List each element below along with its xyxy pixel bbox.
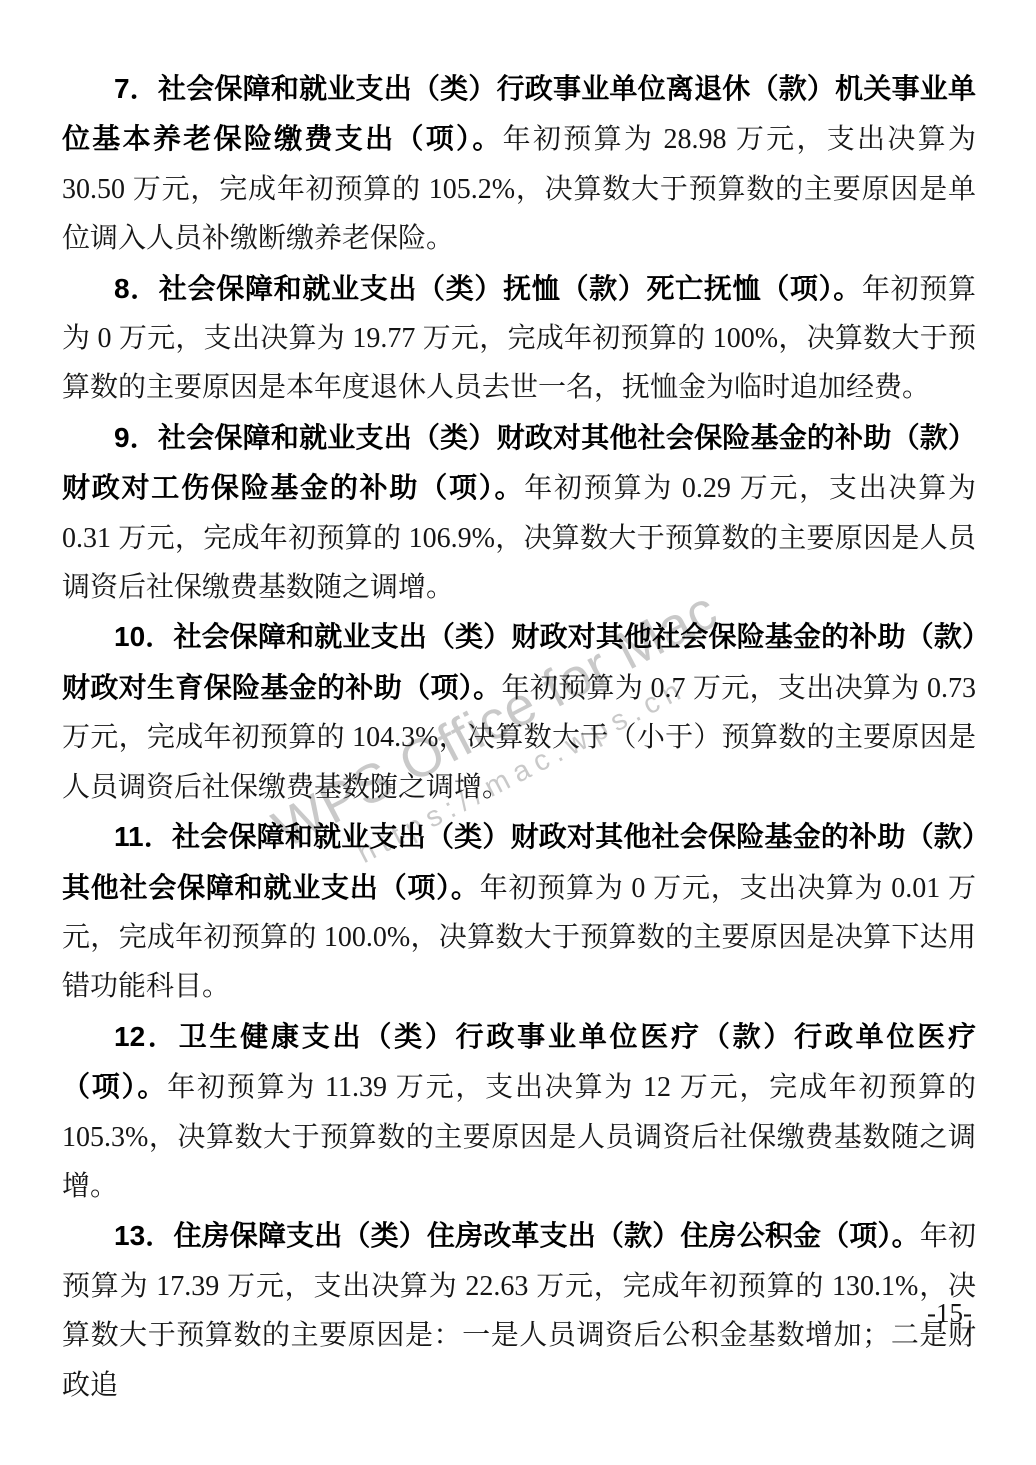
paragraph-8: 8．社会保障和就业支出（类）抚恤（款）死亡抚恤（项）。年初预算为 0 万元，支出… [62, 264, 976, 413]
document-body: 7．社会保障和就业支出（类）行政事业单位离退休（款）机关事业单位基本养老保险缴费… [62, 64, 976, 1410]
paragraph-12: 12．卫生健康支出（类）行政事业单位医疗（款）行政单位医疗（项）。年初预算为 1… [62, 1012, 976, 1212]
page-number: -15- [927, 1297, 972, 1329]
paragraph-13-lead: 13．住房保障支出（类）住房改革支出（款）住房公积金（项）。 [114, 1220, 920, 1251]
paragraph-8-lead: 8．社会保障和就业支出（类）抚恤（款）死亡抚恤（项）。 [114, 273, 862, 304]
paragraph-11: 11．社会保障和就业支出（类）财政对其他社会保险基金的补助（款）其他社会保障和就… [62, 812, 976, 1012]
paragraph-9: 9．社会保障和就业支出（类）财政对其他社会保险基金的补助（款）财政对工伤保险基金… [62, 413, 976, 613]
paragraph-13: 13．住房保障支出（类）住房改革支出（款）住房公积金（项）。年初预算为 17.3… [62, 1211, 976, 1410]
document-page: WPS Office for Mac https://mac.wps.cn 7．… [0, 0, 1036, 1465]
paragraph-7: 7．社会保障和就业支出（类）行政事业单位离退休（款）机关事业单位基本养老保险缴费… [62, 64, 976, 264]
paragraph-10: 10．社会保障和就业支出（类）财政对其他社会保险基金的补助（款）财政对生育保险基… [62, 612, 976, 812]
paragraph-12-body: 年初预算为 11.39 万元，支出决算为 12 万元，完成年初预算的 105.3… [62, 1072, 976, 1202]
